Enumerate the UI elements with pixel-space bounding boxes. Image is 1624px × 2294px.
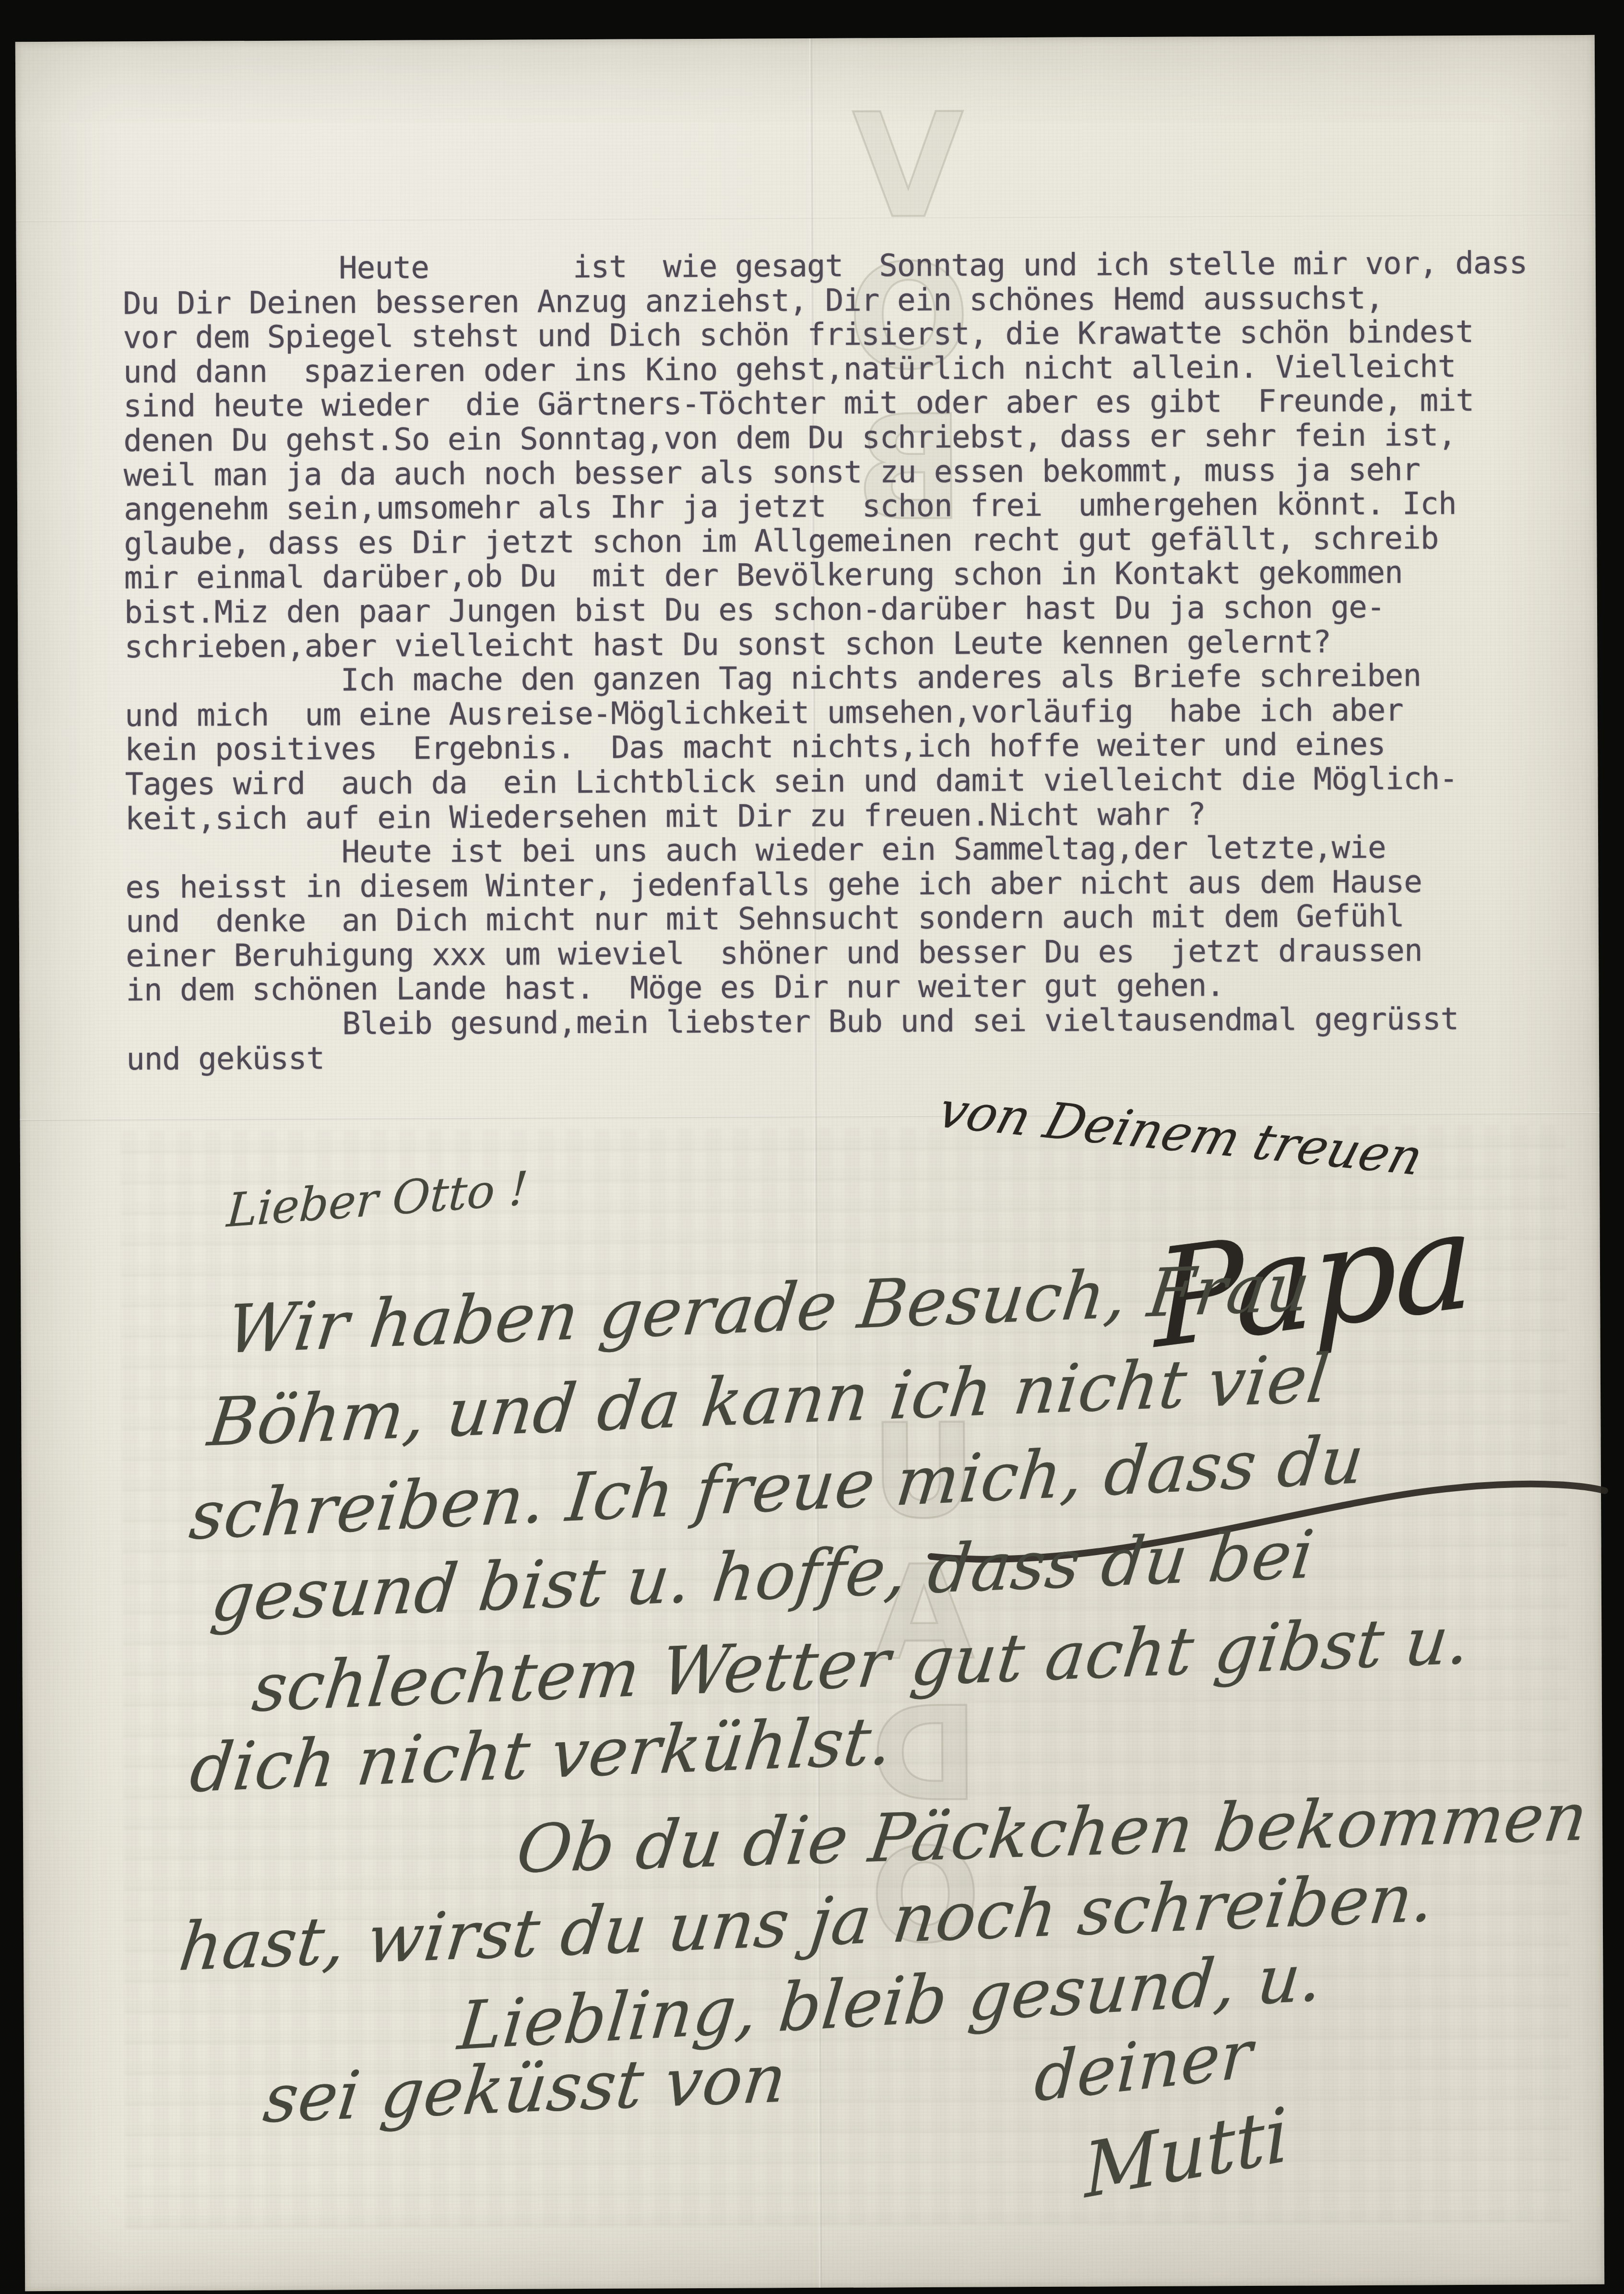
letter-page: V O B U A D O Heute ist wie gesagt Sonnt…	[15, 35, 1604, 2291]
scanned-letter-image: { "document": { "kind": "scanned typewri…	[0, 0, 1624, 2294]
horizontal-fold-crease-faint	[16, 214, 1595, 222]
horizontal-fold-crease	[20, 1112, 1600, 1121]
typewritten-letter-text: Heute ist wie gesagt Sonntag und ich ste…	[123, 246, 1531, 1077]
